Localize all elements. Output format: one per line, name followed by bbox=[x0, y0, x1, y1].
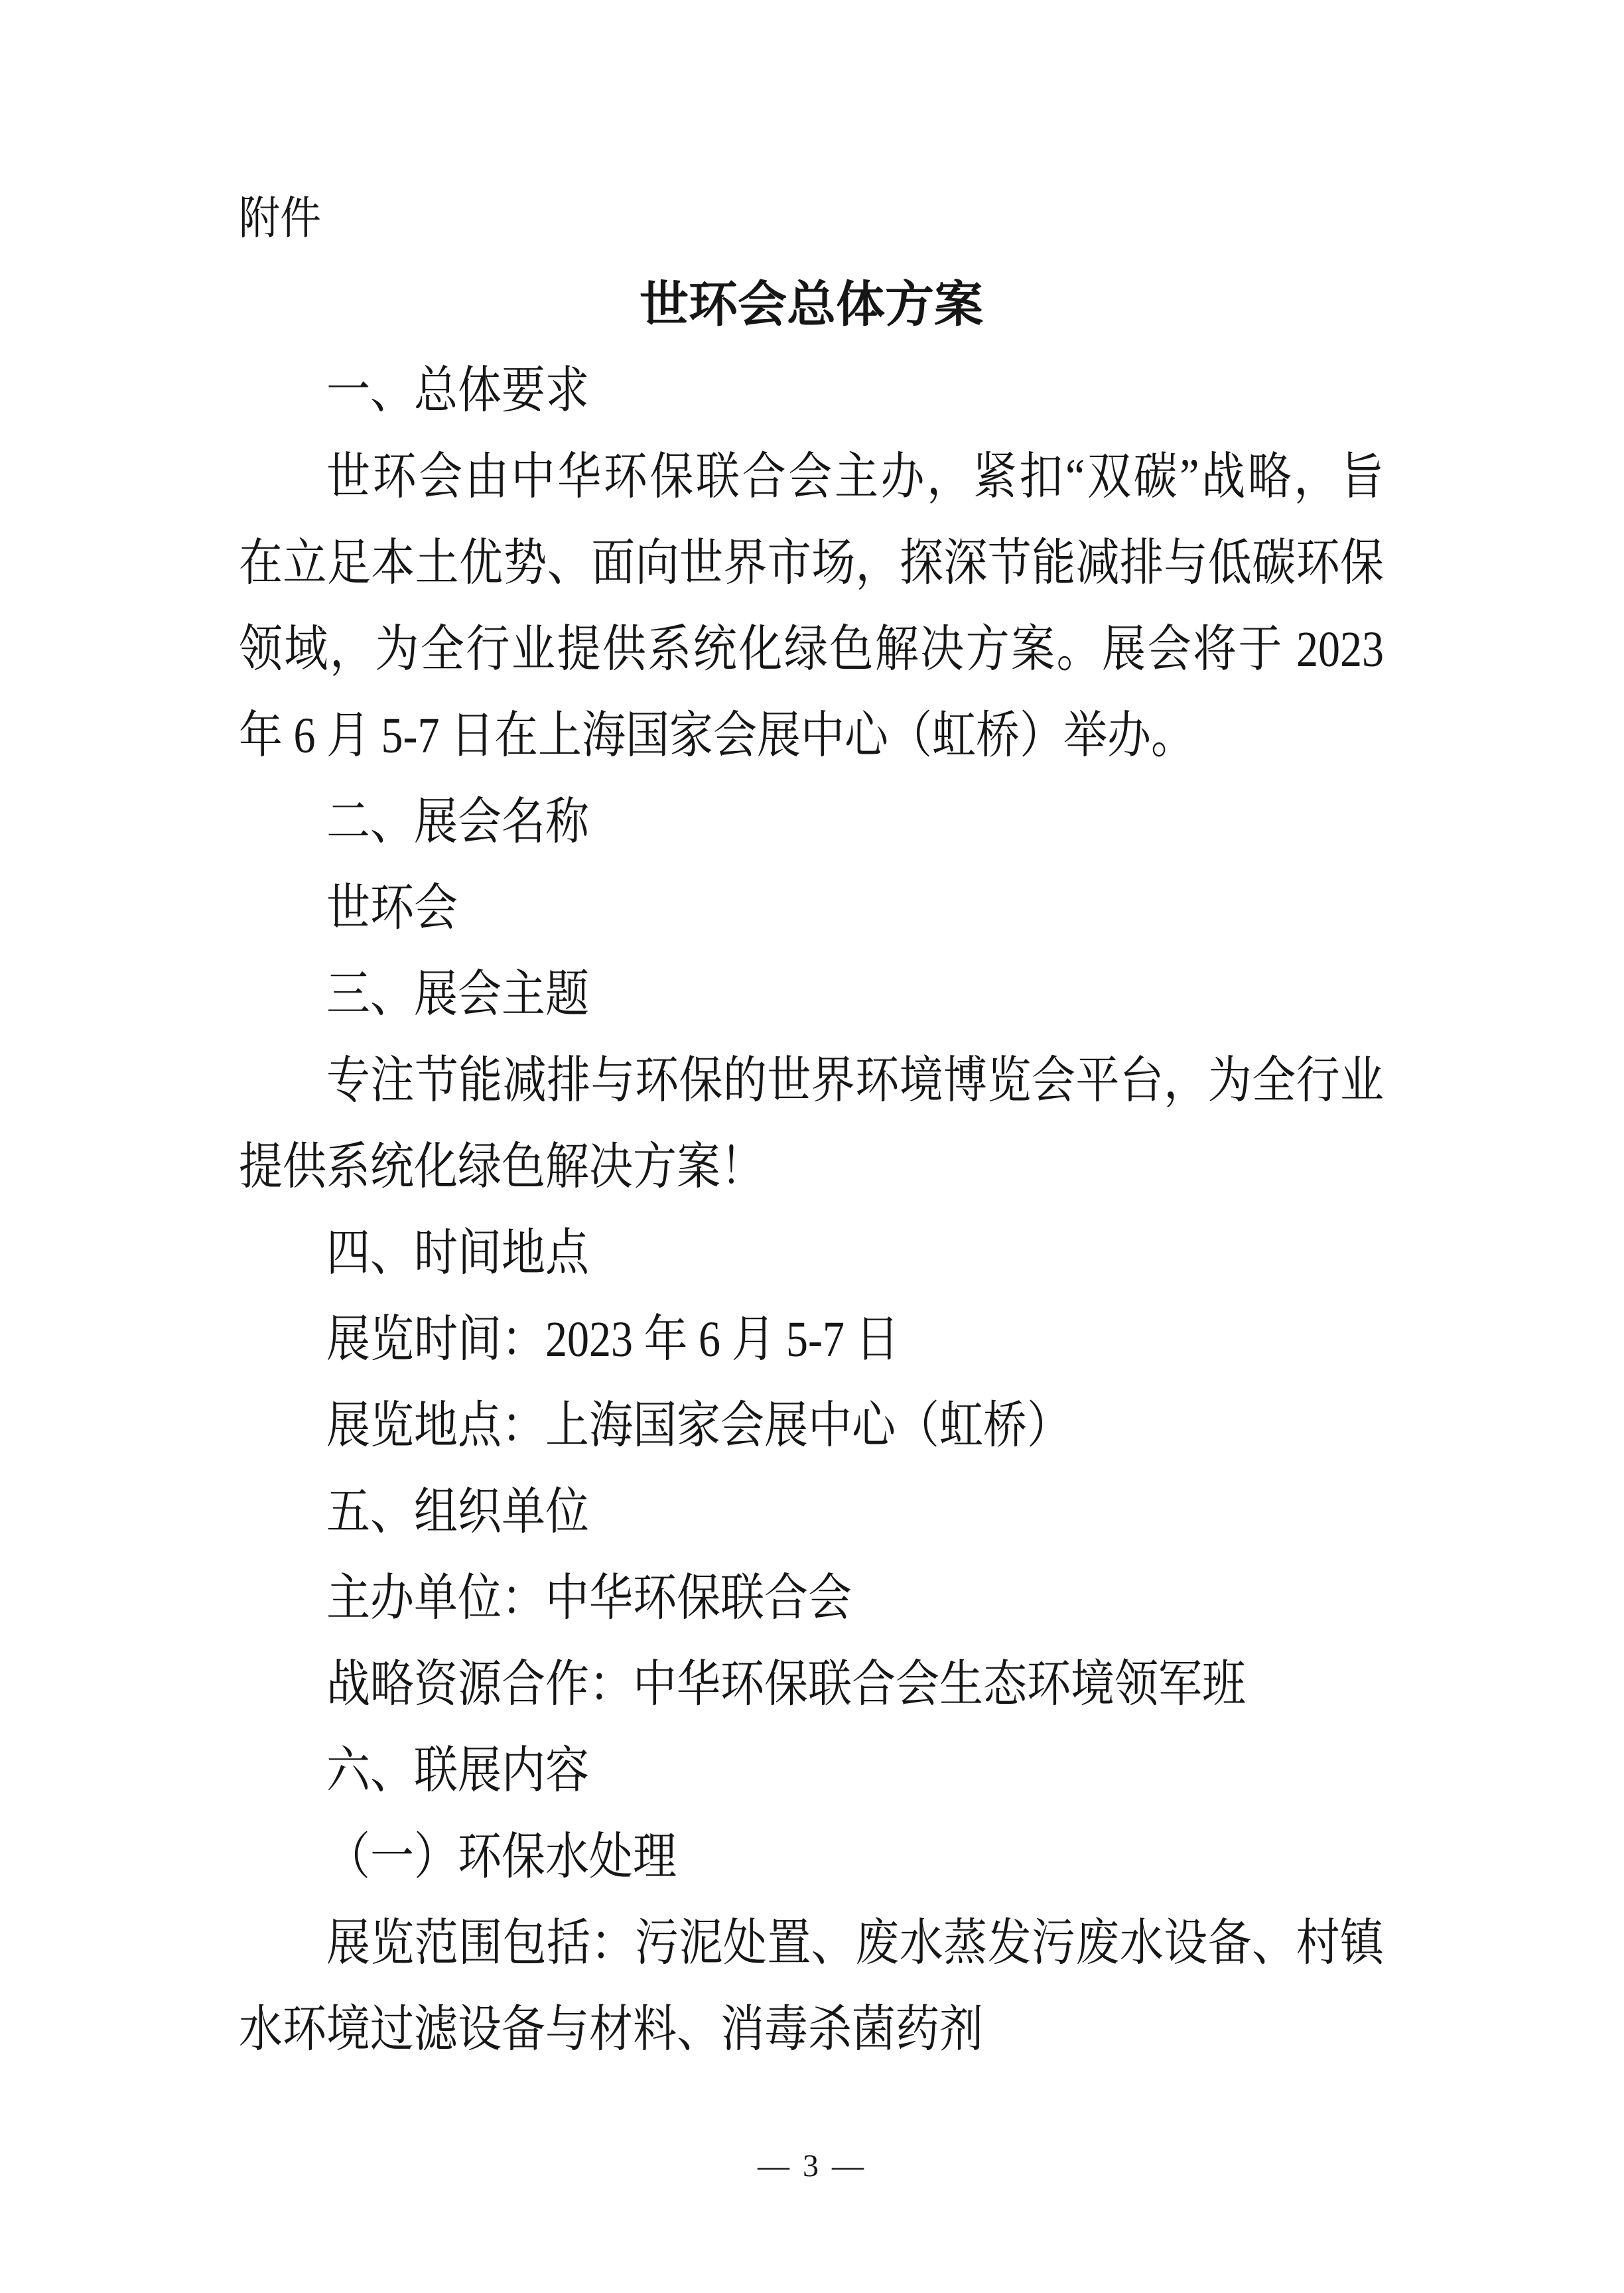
para-1-line-2: 在立足本土优势、面向世界市场，探深节能减排与低碳环保 bbox=[239, 514, 1384, 614]
section-1-heading: 一、总体要求 bbox=[239, 342, 1384, 441]
para-1-line-3: 领域，为全行业提供系统化绿色解决方案。展会将于 2023 bbox=[239, 600, 1384, 700]
exhibition-venue: 展览地点：上海国家会展中心（虹桥） bbox=[239, 1377, 1384, 1476]
exhibition-name: 世环会 bbox=[239, 859, 1384, 959]
section-2-heading: 二、展会名称 bbox=[239, 773, 1384, 872]
exhibition-time: 展览时间：2023 年 6 月 5-7 日 bbox=[239, 1290, 1384, 1390]
subsection-6-1-heading: （一）环保水处理 bbox=[239, 1808, 1384, 1908]
para-3-line-2: 提供系统化绿色解决方案！ bbox=[239, 1118, 1384, 1217]
document-page: 附件 世环会总体方案 一、总体要求世环会由中华环保联合会主办，紧扣“双碳”战略，… bbox=[0, 0, 1624, 2293]
para-6-line-1: 展览范围包括：污泥处置、废水蒸发污废水设备、村镇 bbox=[239, 1894, 1384, 1994]
attachment-label: 附件 bbox=[239, 172, 1384, 267]
para-1-line-1: 世环会由中华环保联合会主办，紧扣“双碳”战略，旨 bbox=[239, 428, 1384, 527]
document-title: 世环会总体方案 bbox=[239, 262, 1384, 348]
section-3-heading: 三、展会主题 bbox=[239, 945, 1384, 1045]
para-3-line-1: 专注节能减排与环保的世界环境博览会平台，为全行业 bbox=[239, 1032, 1384, 1131]
para-1-line-4: 年 6 月 5-7 日在上海国家会展中心（虹桥）举办。 bbox=[239, 687, 1384, 786]
section-6-heading: 六、联展内容 bbox=[239, 1722, 1384, 1821]
section-5-heading: 五、组织单位 bbox=[239, 1463, 1384, 1563]
page-number: — 3 — bbox=[0, 2130, 1624, 2203]
document-body: 一、总体要求世环会由中华环保联合会主办，紧扣“双碳”战略，旨在立足本土优势、面向… bbox=[239, 348, 1384, 2073]
section-4-heading: 四、时间地点 bbox=[239, 1204, 1384, 1304]
document-content: 附件 世环会总体方案 一、总体要求世环会由中华环保联合会主办，紧扣“双碳”战略，… bbox=[239, 176, 1384, 2073]
organizer: 主办单位：中华环保联合会 bbox=[239, 1549, 1384, 1649]
strategic-partner: 战略资源合作：中华环保联合会生态环境领军班 bbox=[239, 1635, 1384, 1735]
para-6-line-2: 水环境过滤设备与材料、消毒杀菌药剂 bbox=[239, 1980, 1384, 2080]
